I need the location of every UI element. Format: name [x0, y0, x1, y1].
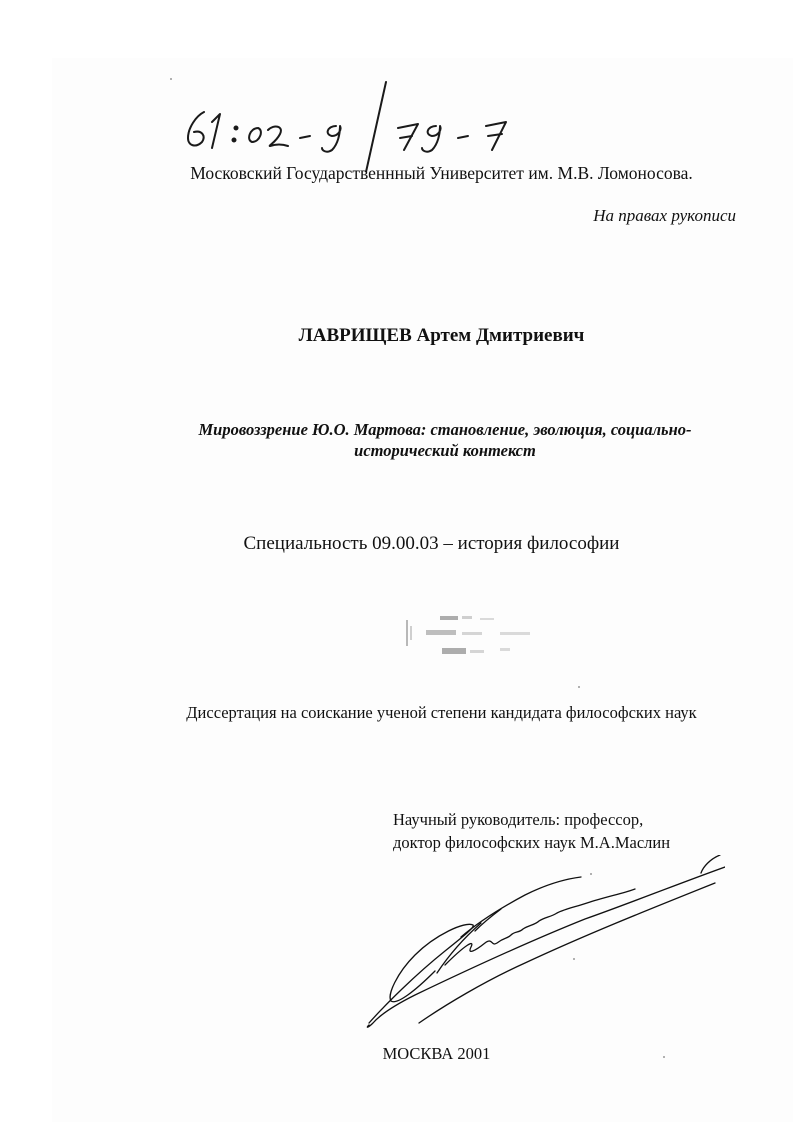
scan-speck: [578, 686, 580, 688]
dissertation-title: Мировоззрение Ю.О. Мартова: становление,…: [150, 419, 740, 461]
city-and-year: МОСКВА 2001: [0, 1044, 793, 1064]
title-line-1: Мировоззрение Ю.О. Мартова: становление,…: [150, 419, 740, 440]
handwritten-archive-code: 61:02-9/79-7: [160, 72, 580, 172]
author-name: ЛАВРИЩЕВ Артем Дмитриевич: [0, 325, 793, 347]
supervisor-line-1: Научный руководитель: профессор,: [393, 808, 670, 831]
signature-icon: [325, 855, 725, 1035]
scan-speck: [170, 78, 172, 80]
manuscript-rights-note: На правах рукописи: [593, 206, 736, 226]
faded-stamp-icon: [400, 608, 540, 668]
scan-speck: [573, 958, 575, 960]
specialty-line: Специальность 09.00.03 – история философ…: [0, 533, 793, 555]
scan-speck: [663, 1056, 665, 1058]
dissertation-degree-line: Диссертация на соискание ученой степени …: [0, 703, 793, 723]
scan-speck: [590, 873, 592, 875]
supervisor-block: Научный руководитель: профессор, доктор …: [393, 808, 670, 854]
university-name: Московский Государственнный Университет …: [0, 163, 793, 184]
supervisor-line-2: доктор философских наук М.А.Маслин: [393, 831, 670, 854]
title-line-2: исторический контекст: [150, 440, 740, 461]
